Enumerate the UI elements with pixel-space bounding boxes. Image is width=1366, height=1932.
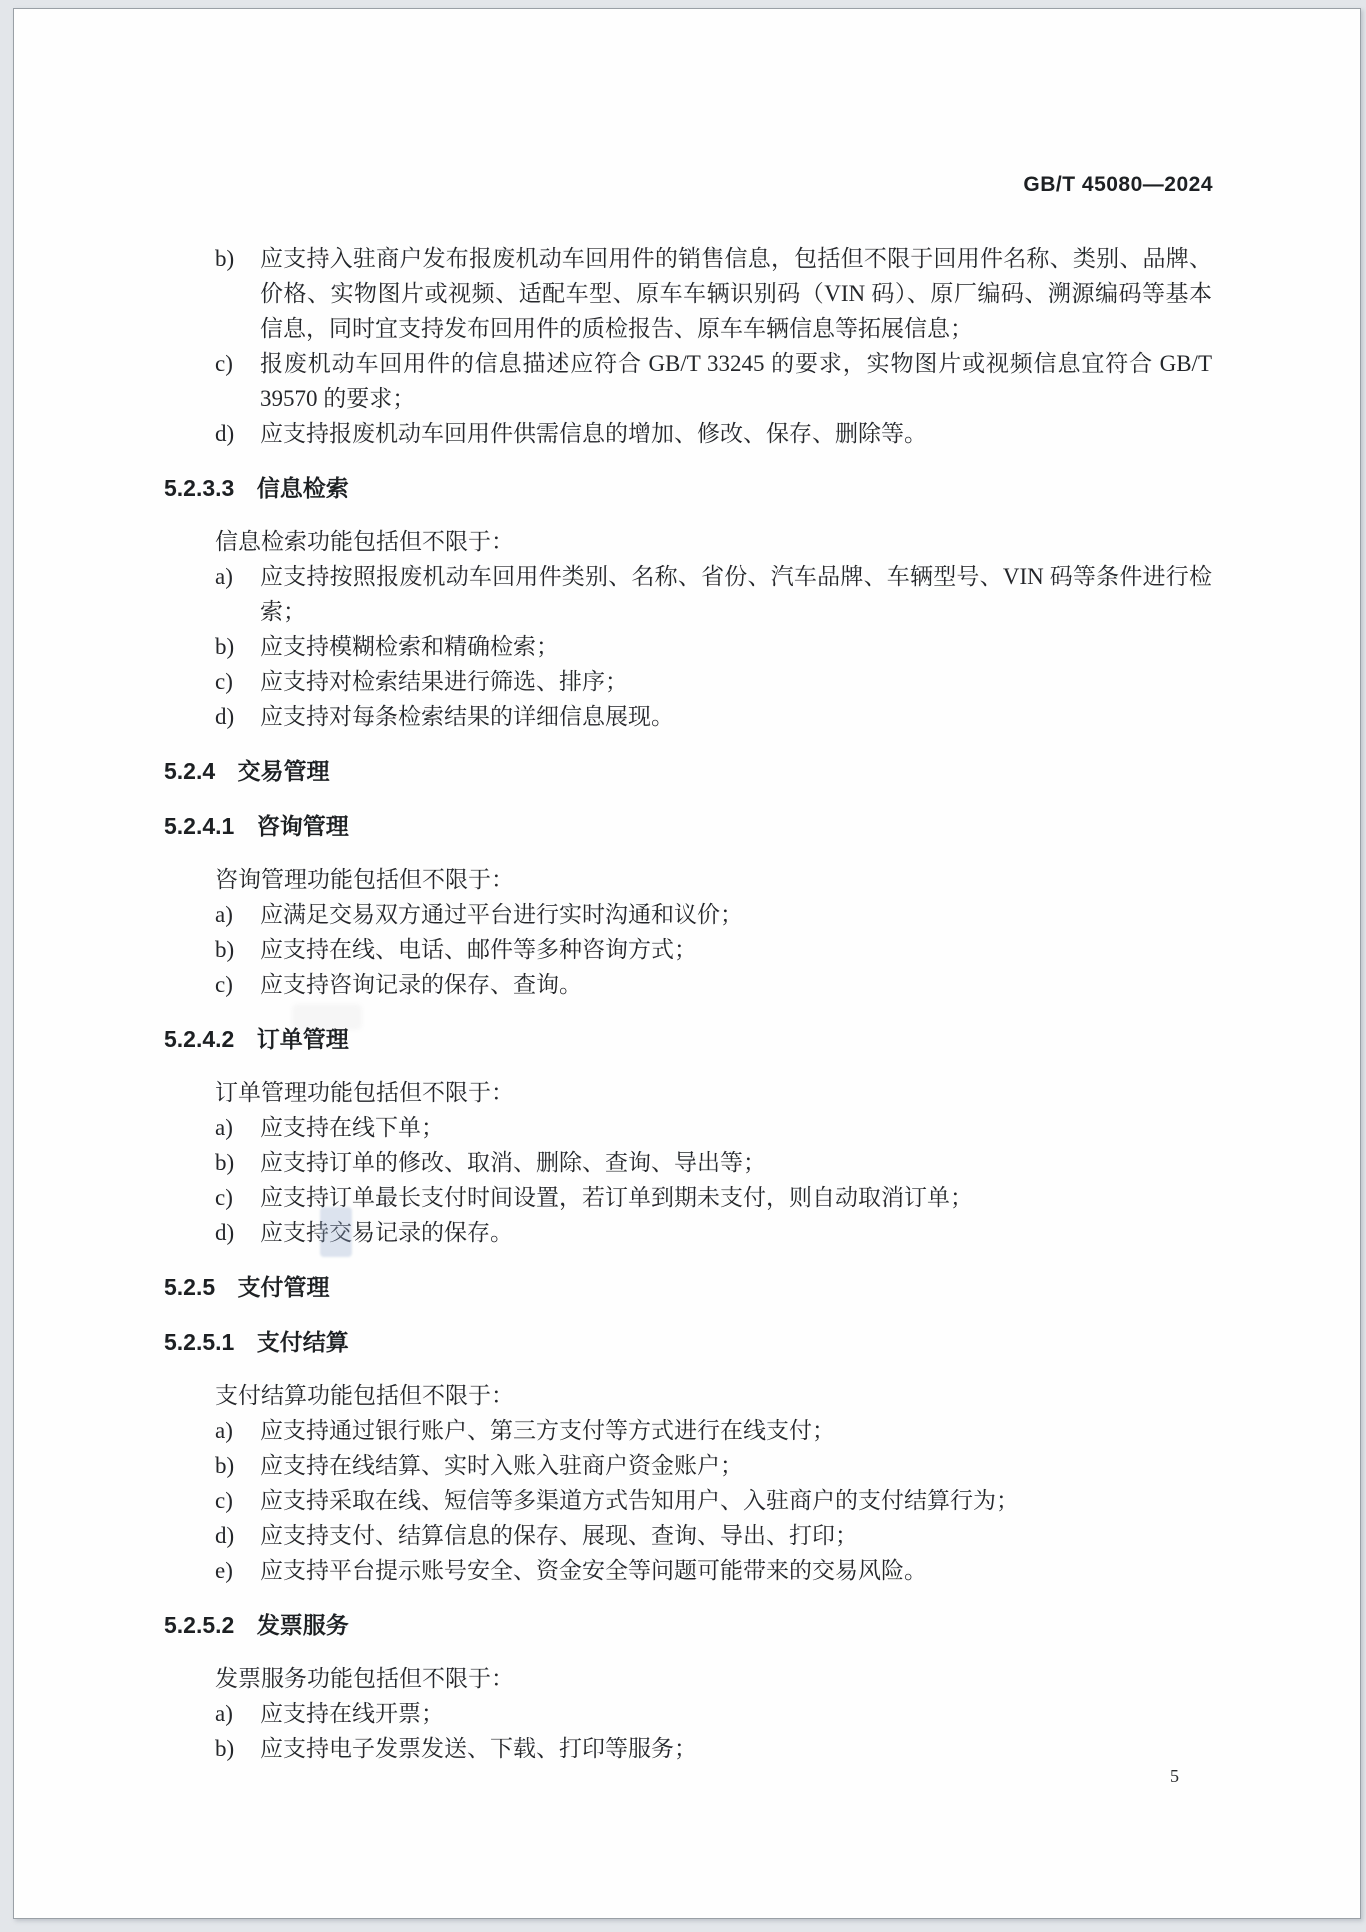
section-title: 支付管理 <box>238 1270 330 1305</box>
list-text: 应支持对检索结果进行筛选、排序； <box>260 664 1212 699</box>
list-item-a-online-order: a) 应支持在线下单； <box>215 1110 1212 1145</box>
heading-5-2-5-2-invoice-service: 5.2.5.2 发票服务 <box>164 1608 1212 1643</box>
list-text: 应支持通过银行账户、第三方支付等方式进行在线支付； <box>260 1413 1212 1448</box>
heading-5-2-3-3-info-search: 5.2.3.3 信息检索 <box>164 471 1212 506</box>
list-text: 应支持对每条检索结果的详细信息展现。 <box>260 699 1212 734</box>
section-number: 5.2.5.2 <box>164 1608 234 1643</box>
section-number: 5.2.3.3 <box>164 471 234 506</box>
list-letter: a) <box>215 1413 260 1448</box>
document-page: GB/T 45080—2024 b) 应支持入驻商户发布报废机动车回用件的销售信… <box>13 8 1361 1919</box>
scan-smudge-artifact <box>292 1004 362 1030</box>
list-letter: a) <box>215 559 260 629</box>
list-item-c-payment-timeout: c) 应支持订单最长支付时间设置，若订单到期未支付，则自动取消订单； <box>215 1180 1212 1215</box>
list-item-e-risk-alerts: e) 应支持平台提示账号安全、资金安全等问题可能带来的交易风险。 <box>215 1553 1212 1588</box>
list-letter: b) <box>215 932 260 967</box>
list-letter: d) <box>215 416 260 451</box>
section-number: 5.2.5.1 <box>164 1325 234 1360</box>
paragraph-invoice-intro: 发票服务功能包括但不限于： <box>215 1661 1212 1696</box>
list-text: 应支持模糊检索和精确检索； <box>260 629 1212 664</box>
list-item-c-filter-sort: c) 应支持对检索结果进行筛选、排序； <box>215 664 1212 699</box>
list-text: 应支持交易记录的保存。 <box>260 1215 1212 1250</box>
list-item-c-info-description: c) 报废机动车回用件的信息描述应符合 GB/T 33245 的要求，实物图片或… <box>215 346 1212 416</box>
list-text: 应支持入驻商户发布报废机动车回用件的销售信息，包括但不限于回用件名称、类别、品牌… <box>260 241 1212 346</box>
section-title: 支付结算 <box>257 1325 349 1360</box>
list-letter: b) <box>215 1448 260 1483</box>
paragraph-order-intro: 订单管理功能包括但不限于： <box>215 1075 1212 1110</box>
list-letter: c) <box>215 1180 260 1215</box>
section-number: 5.2.4.1 <box>164 809 234 844</box>
page-number: 5 <box>1170 1766 1179 1787</box>
heading-5-2-4-1-inquiry-mgmt: 5.2.4.1 咨询管理 <box>164 809 1212 844</box>
list-text: 应支持咨询记录的保存、查询。 <box>260 967 1212 1002</box>
section-number: 5.2.4 <box>164 754 215 789</box>
list-text: 应支持在线结算、实时入账入驻商户资金账户； <box>260 1448 1212 1483</box>
list-item-c-inquiry-records: c) 应支持咨询记录的保存、查询。 <box>215 967 1212 1002</box>
list-item-a-online-invoicing: a) 应支持在线开票； <box>215 1696 1212 1731</box>
section-title: 信息检索 <box>257 471 349 506</box>
heading-5-2-5-1-payment-settlement: 5.2.5.1 支付结算 <box>164 1325 1212 1360</box>
document-body: b) 应支持入驻商户发布报废机动车回用件的销售信息，包括但不限于回用件名称、类别… <box>14 9 1360 1766</box>
list-letter: c) <box>215 1483 260 1518</box>
list-text: 应支持在线开票； <box>260 1696 1212 1731</box>
list-text: 应支持平台提示账号安全、资金安全等问题可能带来的交易风险。 <box>260 1553 1212 1588</box>
heading-5-2-5-payment-mgmt: 5.2.5 支付管理 <box>164 1270 1212 1305</box>
scan-blue-smudge-artifact <box>320 1207 352 1257</box>
list-letter: a) <box>215 1696 260 1731</box>
list-text: 应支持在线、电话、邮件等多种咨询方式； <box>260 932 1212 967</box>
list-text: 应支持支付、结算信息的保存、展现、查询、导出、打印； <box>260 1518 1212 1553</box>
list-text: 应支持在线下单； <box>260 1110 1212 1145</box>
list-item-b-sales-info: b) 应支持入驻商户发布报废机动车回用件的销售信息，包括但不限于回用件名称、类别… <box>215 241 1212 346</box>
list-item-d-settlement-info: d) 应支持支付、结算信息的保存、展现、查询、导出、打印； <box>215 1518 1212 1553</box>
heading-5-2-4-transaction-mgmt: 5.2.4 交易管理 <box>164 754 1212 789</box>
list-text: 应支持报废机动车回用件供需信息的增加、修改、保存、删除等。 <box>260 416 1212 451</box>
list-letter: b) <box>215 1145 260 1180</box>
list-letter: b) <box>215 1731 260 1766</box>
list-item-b-order-operations: b) 应支持订单的修改、取消、删除、查询、导出等； <box>215 1145 1212 1180</box>
list-letter: a) <box>215 1110 260 1145</box>
list-letter: d) <box>215 1215 260 1250</box>
list-item-a-search-conditions: a) 应支持按照报废机动车回用件类别、名称、省份、汽车品牌、车辆型号、VIN 码… <box>215 559 1212 629</box>
section-title: 发票服务 <box>257 1608 349 1643</box>
list-text: 应支持电子发票发送、下载、打印等服务； <box>260 1731 1212 1766</box>
list-item-c-notify-channels: c) 应支持采取在线、短信等多渠道方式告知用户、入驻商户的支付结算行为； <box>215 1483 1212 1518</box>
paragraph-info-search-intro: 信息检索功能包括但不限于： <box>215 524 1212 559</box>
section-number: 5.2.5 <box>164 1270 215 1305</box>
list-item-b-inquiry-channels: b) 应支持在线、电话、邮件等多种咨询方式； <box>215 932 1212 967</box>
list-item-b-einvoice-services: b) 应支持电子发票发送、下载、打印等服务； <box>215 1731 1212 1766</box>
list-letter: c) <box>215 967 260 1002</box>
section-title: 咨询管理 <box>257 809 349 844</box>
list-text: 报废机动车回用件的信息描述应符合 GB/T 33245 的要求，实物图片或视频信… <box>260 346 1212 416</box>
list-item-b-fuzzy-search: b) 应支持模糊检索和精确检索； <box>215 629 1212 664</box>
list-item-d-transaction-records: d) 应支持交易记录的保存。 <box>215 1215 1212 1250</box>
paragraph-inquiry-intro: 咨询管理功能包括但不限于： <box>215 862 1212 897</box>
list-text: 应支持订单的修改、取消、删除、查询、导出等； <box>260 1145 1212 1180</box>
list-letter: c) <box>215 346 260 416</box>
list-letter: d) <box>215 1518 260 1553</box>
list-letter: b) <box>215 241 260 346</box>
list-letter: a) <box>215 897 260 932</box>
section-number: 5.2.4.2 <box>164 1022 234 1057</box>
list-text: 应支持采取在线、短信等多渠道方式告知用户、入驻商户的支付结算行为； <box>260 1483 1212 1518</box>
list-item-b-online-settlement: b) 应支持在线结算、实时入账入驻商户资金账户； <box>215 1448 1212 1483</box>
section-title: 交易管理 <box>238 754 330 789</box>
list-item-d-supply-demand: d) 应支持报废机动车回用件供需信息的增加、修改、保存、删除等。 <box>215 416 1212 451</box>
list-letter: d) <box>215 699 260 734</box>
list-text: 应支持按照报废机动车回用件类别、名称、省份、汽车品牌、车辆型号、VIN 码等条件… <box>260 559 1212 629</box>
list-letter: e) <box>215 1553 260 1588</box>
list-item-d-detail-display: d) 应支持对每条检索结果的详细信息展现。 <box>215 699 1212 734</box>
list-letter: c) <box>215 664 260 699</box>
list-letter: b) <box>215 629 260 664</box>
list-text: 应支持订单最长支付时间设置，若订单到期未支付，则自动取消订单； <box>260 1180 1212 1215</box>
list-item-a-online-payment: a) 应支持通过银行账户、第三方支付等方式进行在线支付； <box>215 1413 1212 1448</box>
paragraph-settlement-intro: 支付结算功能包括但不限于： <box>215 1378 1212 1413</box>
list-item-a-realtime-negotiation: a) 应满足交易双方通过平台进行实时沟通和议价； <box>215 897 1212 932</box>
list-text: 应满足交易双方通过平台进行实时沟通和议价； <box>260 897 1212 932</box>
